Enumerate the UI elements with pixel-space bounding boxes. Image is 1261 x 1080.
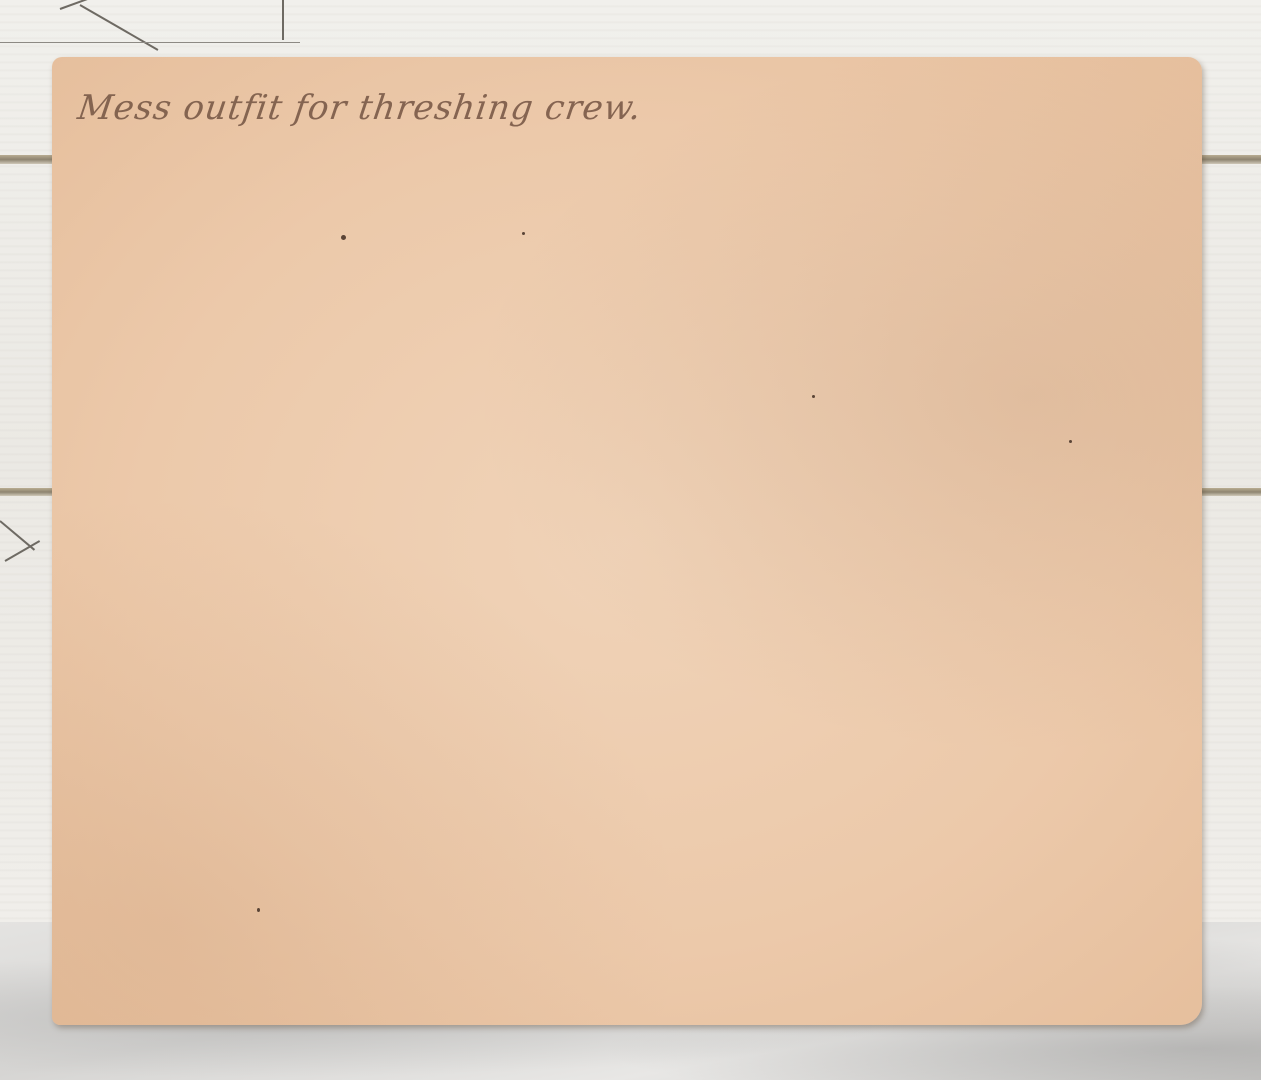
paint-crack (282, 0, 284, 40)
paint-crack (5, 540, 41, 562)
paint-crack (0, 42, 300, 43)
stain-spot (1069, 440, 1072, 443)
handwritten-inscription: Mess outfit for threshing crew. (75, 88, 644, 128)
stain-spot (257, 908, 260, 912)
stain-spot (812, 395, 815, 398)
photo-mount-card (52, 57, 1202, 1025)
stain-spot (522, 232, 525, 235)
stain-spot (341, 235, 346, 240)
paint-crack (80, 4, 159, 51)
